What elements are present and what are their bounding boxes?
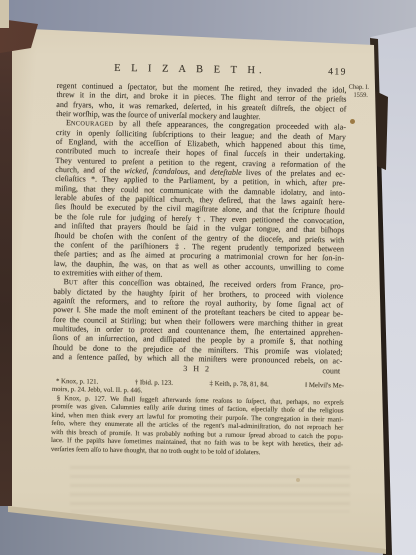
footnotes: * Knox, p. 121. † Ibid. p. 123. ‡ Keith,… bbox=[51, 378, 344, 459]
margin-note: Chap. I. 1559. bbox=[348, 84, 392, 101]
footnote-text: moirs, p. 24. Jebb, vol. II. p. 446.§ Kn… bbox=[51, 386, 344, 458]
footnote-ref: ‖ Melvil's Me- bbox=[305, 382, 344, 391]
foxing-spot bbox=[350, 119, 355, 124]
body-text: regent continued a ſpectator, but the mo… bbox=[52, 81, 346, 366]
book-photo-scene: E L I Z A B E T H. 419 Chap. I. 1559. re… bbox=[0, 0, 416, 555]
year-label: 1559. bbox=[348, 92, 392, 101]
signature-mark: 3 H 2 bbox=[183, 364, 211, 373]
page-number: 419 bbox=[328, 67, 347, 77]
footnote-ref: ‡ Keith, p. 78, 81, 84. bbox=[209, 380, 268, 389]
foxing-spot bbox=[296, 478, 300, 482]
page-edge-sliver bbox=[0, 0, 9, 28]
show-through-ghosting bbox=[70, 466, 350, 512]
book-cover-left bbox=[0, 24, 12, 506]
catchword: count bbox=[322, 366, 340, 375]
